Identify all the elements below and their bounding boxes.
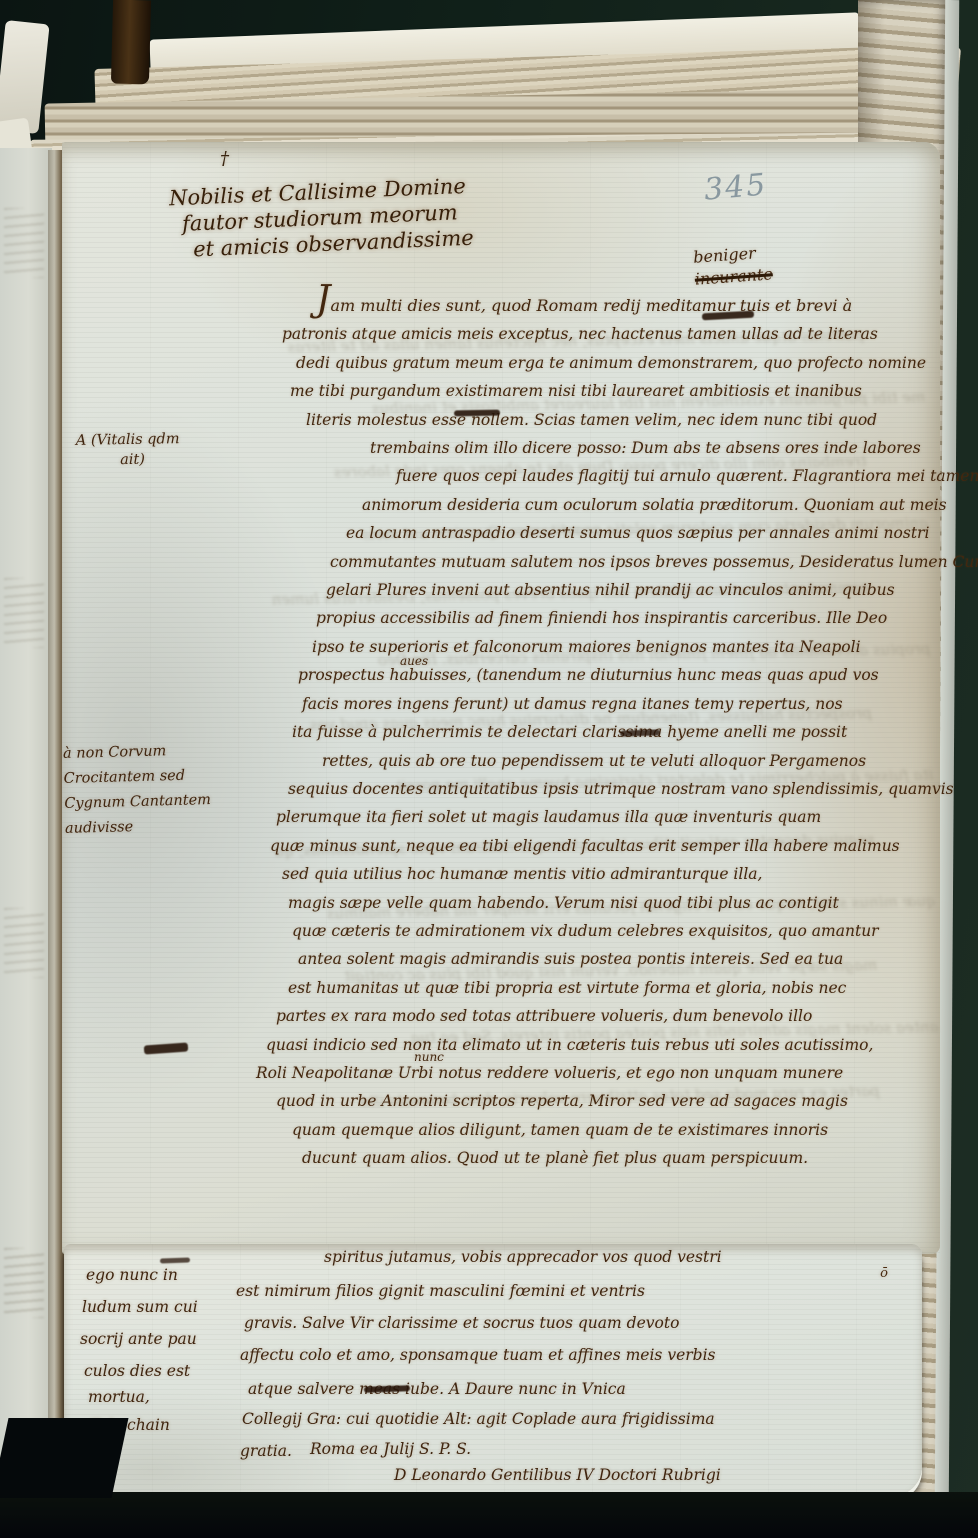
strikethrough-mark	[160, 1257, 190, 1263]
folio-number: 345	[703, 167, 769, 207]
lower-line-lead: ludum sum cui	[82, 1298, 198, 1316]
table-surface	[0, 1492, 978, 1538]
table-surface-shadow	[0, 1418, 129, 1498]
body-line: Jam multi dies sunt, quod Romam redij me…	[316, 292, 892, 320]
body-line: commutantes mutuam salutem nos ipsos bre…	[330, 548, 892, 576]
lower-page: ō spiritus jutamus, vobis apprecador vos…	[64, 1244, 922, 1496]
body-line: rettes, quis ab ore tuo pependissem ut t…	[322, 747, 892, 775]
body-line: ducunt quam alios. Quod ut te planè fiet…	[302, 1144, 892, 1172]
faint-marks	[4, 208, 44, 278]
cross-mark: †	[220, 148, 229, 169]
body-line: quasi indicio sed non ita elimato ut in …	[266, 1031, 892, 1059]
body-line: literis molestus esse nollem. Scias tame…	[306, 406, 892, 434]
body-line: antea solent magis admirandis suis poste…	[298, 945, 892, 973]
body-line: ipso te superioris et falconorum maiores…	[312, 633, 892, 661]
letter-heading: Nobilis et Callisime Domine fautor studi…	[168, 172, 474, 265]
margin-note-line: audivisse	[65, 813, 212, 842]
lower-line-rest: est nimirum filios gignit masculini fœmi…	[236, 1282, 645, 1300]
body-line: quæ minus sunt, neque ea tibi eligendi f…	[270, 832, 892, 860]
body-line: ea locum antraspadio deserti sumus quos …	[346, 519, 892, 547]
faint-marks	[4, 1248, 44, 1318]
margin-note-line: ait)	[120, 449, 180, 470]
body-line: fuere quos cepi laudes flagitij tui arnu…	[396, 462, 892, 490]
lower-line-lead: ego nunc in	[86, 1266, 178, 1284]
body-line: prospectus habuisses, (tanendum ne diutu…	[298, 661, 892, 689]
body-line: trembains olim illo dicere posso: Dum ab…	[370, 434, 892, 462]
body-line: Roli Neapolitanæ Urbi notus reddere volu…	[256, 1059, 892, 1087]
edge-mark: ō	[880, 1266, 888, 1281]
body-line: me tibi purgandum existimarem nisi tibi …	[290, 377, 892, 405]
body-line: patronis atque amicis meis exceptus, nec…	[282, 320, 892, 348]
paper-scrap	[0, 20, 50, 134]
body-line: magis sæpe velle quam habendo. Verum nis…	[288, 889, 892, 917]
body-line: partes ex rara modo sed totas attribuere…	[276, 1002, 892, 1030]
lower-line-lead: mortua,	[88, 1388, 150, 1406]
body-line: plerumque ita fieri solet ut magis lauda…	[276, 803, 892, 831]
corner-annotation: beniger incurante	[693, 241, 774, 290]
manuscript-photo: patronis atque amicis meis exceptus, nec…	[0, 0, 978, 1538]
body-line: quam quemque alios diligunt, tamen quam …	[292, 1116, 892, 1144]
body-line: propius accessibilis ad finem finiendi h…	[316, 604, 892, 632]
lower-line-rest: atque salvere meas iube. A Daure nunc in…	[248, 1380, 626, 1398]
lower-line-rest: Collegij Gra: cui quotidie Alt: agit Cop…	[242, 1410, 715, 1428]
interlinear-insertion: aues	[400, 654, 428, 668]
margin-note-line: à non Corvum	[63, 738, 210, 767]
body-line: quod in urbe Antonini scriptos reperta, …	[276, 1087, 892, 1115]
margin-note-line: Crocitantem sed	[63, 763, 210, 792]
letter-body: Jam multi dies sunt, quod Romam redij me…	[212, 292, 892, 1173]
lower-line-rest: spiritus jutamus, vobis apprecador vos q…	[324, 1248, 722, 1266]
body-line: gelari Plures inveni aut absentius nihil…	[326, 576, 892, 604]
lower-line-lead: culos dies est	[84, 1362, 190, 1380]
interlinear-insertion: nunc	[414, 1050, 444, 1064]
body-line: ita fuisse à pulcherrimis te delectari c…	[292, 718, 892, 746]
body-line: sed quia utilius hoc humanæ mentis vitio…	[282, 860, 892, 888]
signature-line: D Leonardo Gentilibus IV Doctori Rubrigi	[394, 1466, 721, 1484]
faint-marks	[4, 578, 44, 648]
margin-note-insertion: A (Vitalis qdm ait)	[76, 429, 180, 471]
lower-line-rest: affectu colo et amo, sponsamque tuam et …	[240, 1346, 716, 1364]
body-line: sequius docentes antiquitatibus ipsis ut…	[288, 775, 892, 803]
lower-line-lead: gratia.	[240, 1442, 292, 1460]
manuscript-page: patronis atque amicis meis exceptus, nec…	[62, 142, 940, 1254]
lower-line-lead: socrij ante pau	[80, 1330, 197, 1348]
margin-note-line: A (Vitalis qdm	[76, 429, 180, 451]
faint-marks	[4, 908, 44, 978]
body-line: facis mores ingens ferunt) ut damus regn…	[302, 690, 892, 718]
strikethrough-mark	[454, 410, 500, 417]
lower-line-rest: gravis. Salve Vir clarissime et socrus t…	[244, 1314, 679, 1332]
body-line: quæ cæteris te admirationem vix dudum ce…	[292, 917, 892, 945]
body-line: est humanitas ut quæ tibi propria est vi…	[288, 974, 892, 1002]
binding-strap	[111, 0, 151, 84]
margin-note-cygnus: à non Corvum Crocitantem sed Cygnum Cant…	[63, 738, 212, 842]
body-line: dedi quibus gratum meum erga te animum d…	[296, 349, 892, 377]
lower-line-rest: Roma ea Julij S. P. S.	[310, 1440, 471, 1458]
margin-note-line: Cygnum Cantantem	[64, 788, 211, 817]
corner-annotation-struck: incurante	[694, 263, 773, 290]
body-line: animorum desideria cum oculorum solatia …	[362, 491, 892, 519]
